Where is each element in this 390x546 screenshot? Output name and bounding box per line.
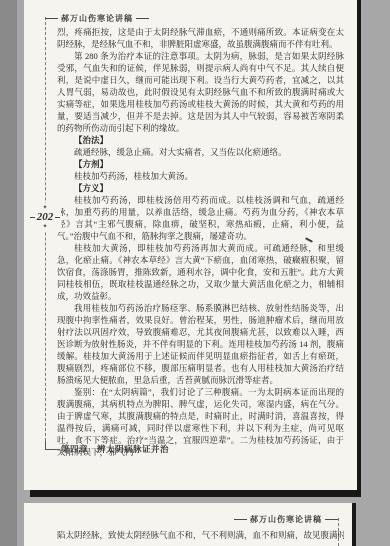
- left-gutter-shade: [0, 0, 17, 546]
- paragraph: 【方剂】: [57, 158, 344, 170]
- header-dash-icon: [45, 18, 58, 19]
- paragraph: 【治法】: [57, 134, 344, 146]
- page-1: 郝万山伤寒论讲稿 ✦ 202 ✦ 烈，疼痛拒按，这是由于太阴经脉气滞血瘀，不通则…: [24, 0, 361, 490]
- paragraph: 桂枝加芍药汤，即桂枝汤倍用芍药而成。以桂枝汤调和气血，疏通经脉，加重芍药的用量，…: [57, 194, 344, 242]
- header-dash-icon: [136, 18, 149, 19]
- header-dash-icon: [234, 519, 247, 520]
- paragraph: 我用桂枝加芍药汤治疗肠痉挛、肠系膜淋巴结核、放射性结肠炎等，出现腹中拘挛性痛者，…: [57, 302, 344, 386]
- body-text: 烈，疼痛拒按，这是由于太阴经脉气滞血瘀，不通则痛所致。本证病变在太阴经脉，是经脉…: [57, 26, 344, 458]
- paragraph: 第 280 条为治疗本证的注意事项。太阴为病，脉弱，是言如果太阴经脉受邪，气血失…: [57, 50, 344, 134]
- running-header-title: 郝万山伤寒论讲稿: [61, 13, 133, 24]
- paragraph: 【方义】: [57, 182, 344, 194]
- paragraph: 桂枝加大黄汤，即桂枝加芍药汤再加大黄而成。可疏通经脉，和里缓急，化瘀止痛。《神农…: [57, 242, 344, 302]
- scanned-book-spread: 郝万山伤寒论讲稿 ✦ 202 ✦ 烈，疼痛拒按，这是由于太阴经脉气滞血瘀，不通则…: [0, 0, 390, 546]
- ornament-wing-icon: [30, 217, 35, 218]
- ornament-wing-icon: [55, 217, 60, 218]
- body-text: 陷太阴经脉，致使太阴经脉气血不和，气不利则满，血不和则痛，故见腹满时: [57, 529, 344, 541]
- paragraph: 疏通经脉，缓急止痛。对大实痛者，又当佐以化瘀通络。: [57, 146, 344, 158]
- chapter-footer: 第四章 辨太阴病脉证并治: [61, 443, 169, 455]
- header-dash-icon: [325, 519, 338, 520]
- ornament-diamond-icon: ✦: [29, 224, 61, 230]
- page-number: 202: [37, 212, 54, 223]
- page-number-ornament: ✦ 202 ✦: [29, 203, 61, 232]
- running-header: 郝万山伤寒论讲稿: [234, 514, 338, 525]
- page-1-shadow: [30, 490, 361, 497]
- paragraph: 烈，疼痛拒按，这是由于太阴经脉气滞血瘀，不通则痛所致。本证病变在太阴经脉，是经脉…: [57, 26, 344, 50]
- page-2: 郝万山伤寒论讲稿 陷太阴经脉，致使太阴经脉气血不和，气不利则满，血不和则痛，故见…: [24, 503, 356, 546]
- paragraph: 桂枝加芍药汤，桂枝加大黄汤。: [57, 170, 344, 182]
- running-header-title: 郝万山伤寒论讲稿: [250, 514, 322, 525]
- running-header: 郝万山伤寒论讲稿: [45, 13, 149, 24]
